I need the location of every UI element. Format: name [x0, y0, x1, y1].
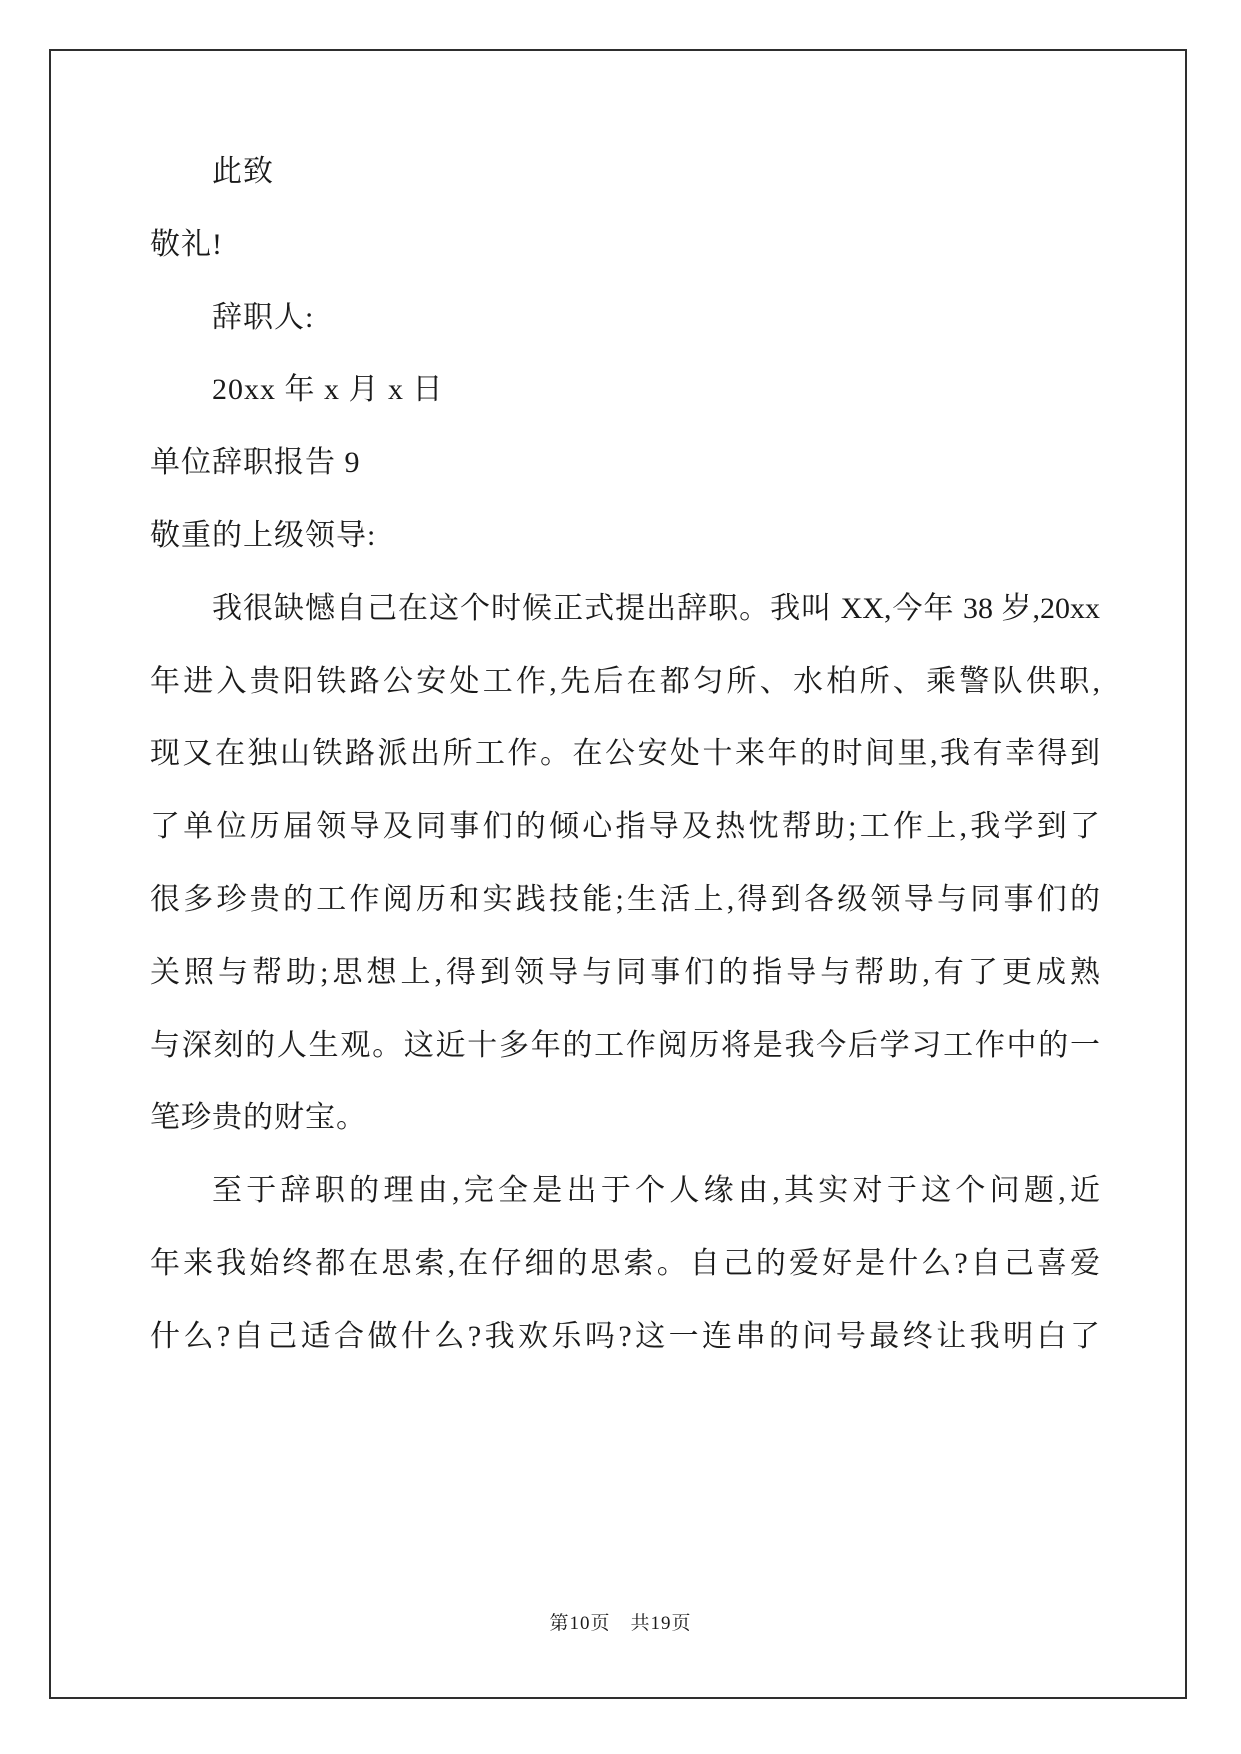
document-line: 敬重的上级领导:: [150, 500, 1100, 573]
document-line: 年来我始终都在思索,在仔细的思索。自己的爱好是什么?自己喜爱: [150, 1228, 1100, 1301]
document-line: 很多珍贵的工作阅历和实践技能;生活上,得到各级领导与同事们的: [150, 864, 1100, 937]
document-line: 年进入贵阳铁路公安处工作,先后在都匀所、水柏所、乘警队供职,: [150, 646, 1100, 719]
document-line: 现又在独山铁路派出所工作。在公安处十来年的时间里,我有幸得到: [150, 718, 1100, 791]
document-line: 20xx 年 x 月 x 日: [150, 354, 1100, 427]
page-footer: 第10页 共19页: [0, 1608, 1241, 1635]
page-number-label: 第10页 共19页: [549, 1613, 691, 1634]
document-line: 此致: [150, 136, 1100, 209]
document-line: 什么?自己适合做什么?我欢乐吗?这一连串的问号最终让我明白了: [150, 1301, 1100, 1374]
document-line: 关照与帮助;思想上,得到领导与同事们的指导与帮助,有了更成熟: [150, 937, 1100, 1010]
document-line: 笔珍贵的财宝。: [150, 1082, 1100, 1155]
document-line: 敬礼!: [150, 209, 1100, 282]
document-line: 与深刻的人生观。这近十多年的工作阅历将是我今后学习工作中的一: [150, 1010, 1100, 1083]
document-line: 辞职人:: [150, 282, 1100, 355]
document-line: 了单位历届领导及同事们的倾心指导及热忱帮助;工作上,我学到了: [150, 791, 1100, 864]
document-page: 此致敬礼!辞职人:20xx 年 x 月 x 日单位辞职报告 9敬重的上级领导:我…: [0, 0, 1241, 1754]
document-line: 单位辞职报告 9: [150, 427, 1100, 500]
document-line: 我很缺憾自己在这个时候正式提出辞职。我叫 XX,今年 38 岁,20xx: [150, 573, 1100, 646]
document-body: 此致敬礼!辞职人:20xx 年 x 月 x 日单位辞职报告 9敬重的上级领导:我…: [150, 136, 1100, 1374]
document-line: 至于辞职的理由,完全是出于个人缘由,其实对于这个问题,近: [150, 1155, 1100, 1228]
